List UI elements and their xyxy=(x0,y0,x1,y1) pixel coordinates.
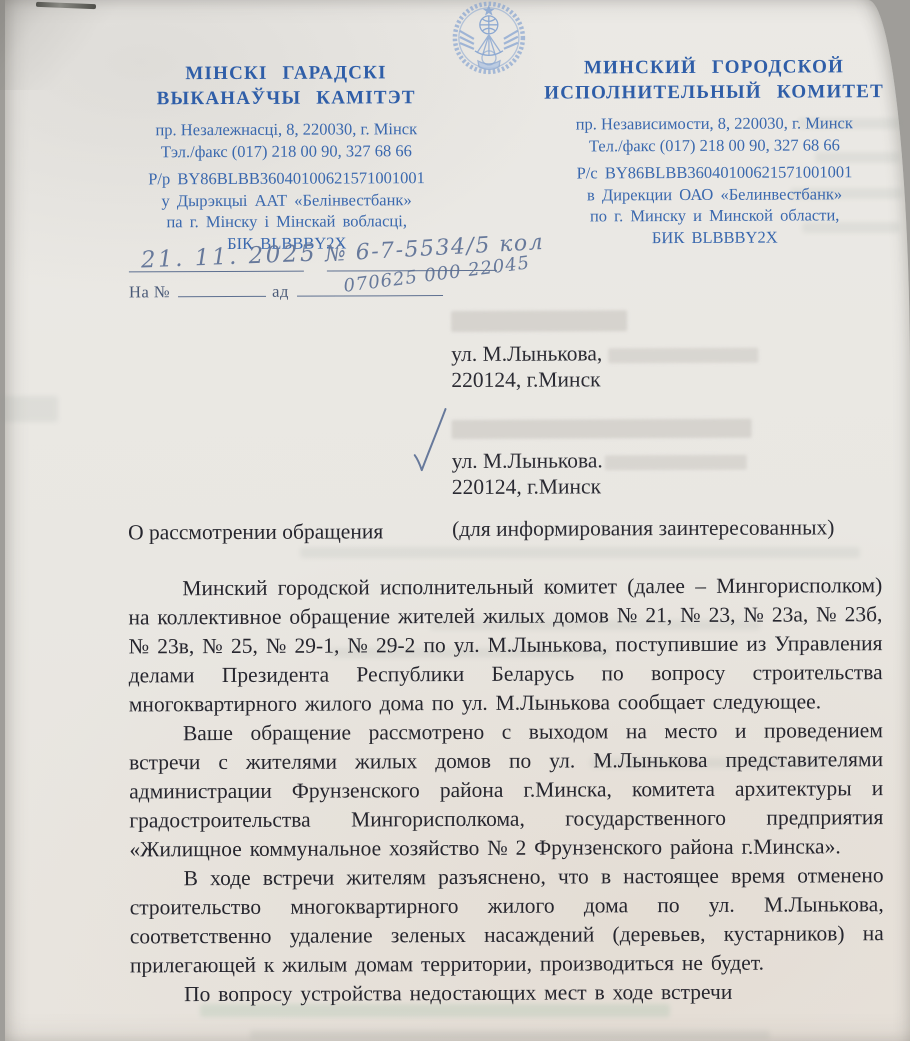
letterhead-right: МИНСКИЙ ГОРОДСКОЙ ИСПОЛНИТЕЛЬНЫЙ КОМИТЕТ… xyxy=(534,54,895,249)
redacted-house-2 xyxy=(605,454,747,470)
handwritten-date: 21. 11. 2025 xyxy=(140,241,317,274)
redacted-name-2 xyxy=(452,419,752,439)
org-phone-by: Тэл./факс (017) 218 00 90, 327 68 66 xyxy=(116,140,456,163)
org-address-by: пр. Незалежнасці, 8, 220030, г. Мінск xyxy=(116,118,456,141)
org-title-ru-line2: ИСПОЛНИТЕЛЬНЫЙ КОМИТЕТ xyxy=(534,79,894,106)
org-title-by-line1: МІНСКІ ГАРАДСКІ xyxy=(116,60,456,86)
body-paragraph-1: Минский городской исполнительный комитет… xyxy=(128,571,883,719)
street-text: ул. М.Лынькова. xyxy=(452,448,603,473)
letterhead-left: МІНСКІ ГАРАДСКІ ВЫКАНАЎЧЫ КАМІТЭТ пр. Не… xyxy=(116,60,457,254)
recipient-block: ул. М.Лынькова, 220124, г.Минск ул. М.Лы… xyxy=(451,309,892,542)
org-phone-ru: Тел./факс (017) 218 00 90, 327 68 66 xyxy=(534,134,894,158)
letter-body: О рассмотрении обращения Минский городск… xyxy=(128,515,884,1009)
recipient-1-city: 220124, г.Минск xyxy=(451,365,891,393)
redacted-house-1 xyxy=(608,347,758,363)
recipient-2-city: 220124, г.Минск xyxy=(452,472,892,500)
date-blank-line xyxy=(129,271,304,273)
handwritten-checkmark xyxy=(410,406,454,478)
body-paragraph-2: Ваше обращение рассмотрено с выходом на … xyxy=(129,716,884,864)
incoming-reference-line: На №ад xyxy=(129,279,443,302)
recipient-1-street: ул. М.Лынькова, xyxy=(451,339,891,367)
recipient-2-street: ул. М.Лынькова. xyxy=(452,446,892,474)
belarus-coat-of-arms-icon xyxy=(448,1,530,75)
redacted-name-1 xyxy=(451,310,627,332)
letter-subject: О рассмотрении обращения xyxy=(128,515,882,547)
org-title-ru-line1: МИНСКИЙ ГОРОДСКОЙ xyxy=(534,54,894,81)
bank-region-ru: по г. Минску и Минской области, xyxy=(535,204,895,227)
ad-label: ад xyxy=(272,282,289,301)
recipient-2: ул. М.Лынькова. 220124, г.Минск xyxy=(452,418,892,500)
body-paragraph-4-cutoff: По вопросу устройства недостающих мест в… xyxy=(130,977,884,1009)
scanned-letter-photo: МІНСКІ ГАРАДСКІ ВЫКАНАЎЧЫ КАМІТЭТ пр. Не… xyxy=(0,0,910,1041)
incoming-number-blank xyxy=(178,280,266,297)
body-paragraph-3: В ходе встречи жителям разъяснено, что в… xyxy=(129,861,883,980)
na-number-label: На № xyxy=(129,282,170,301)
bank-bic-ru: БИК BLBBBY2X xyxy=(535,226,895,249)
bank-region-by: па г. Мінску і Мінскай вобласці, xyxy=(117,210,457,233)
street-text: ул. М.Лынькова, xyxy=(451,341,602,366)
org-title-by-line2: ВЫКАНАЎЧЫ КАМІТЭТ xyxy=(116,85,456,111)
bank-account-by: Р/р BY86BLBB36040100621571001001 xyxy=(116,167,456,190)
bank-name-ru: в Дирекции ОАО «Белинвестбанк» xyxy=(535,183,895,206)
incoming-date-blank xyxy=(297,279,443,297)
recipient-1: ул. М.Лынькова, 220124, г.Минск xyxy=(451,309,891,393)
bank-account-ru: Р/с BY86BLBB36040100621571001001 xyxy=(534,161,894,184)
org-address-ru: пр. Независимости, 8, 220030, г. Минск xyxy=(534,112,894,136)
bank-name-by: у Дырэкцыі ААТ «Белінвестбанк» xyxy=(117,188,457,211)
